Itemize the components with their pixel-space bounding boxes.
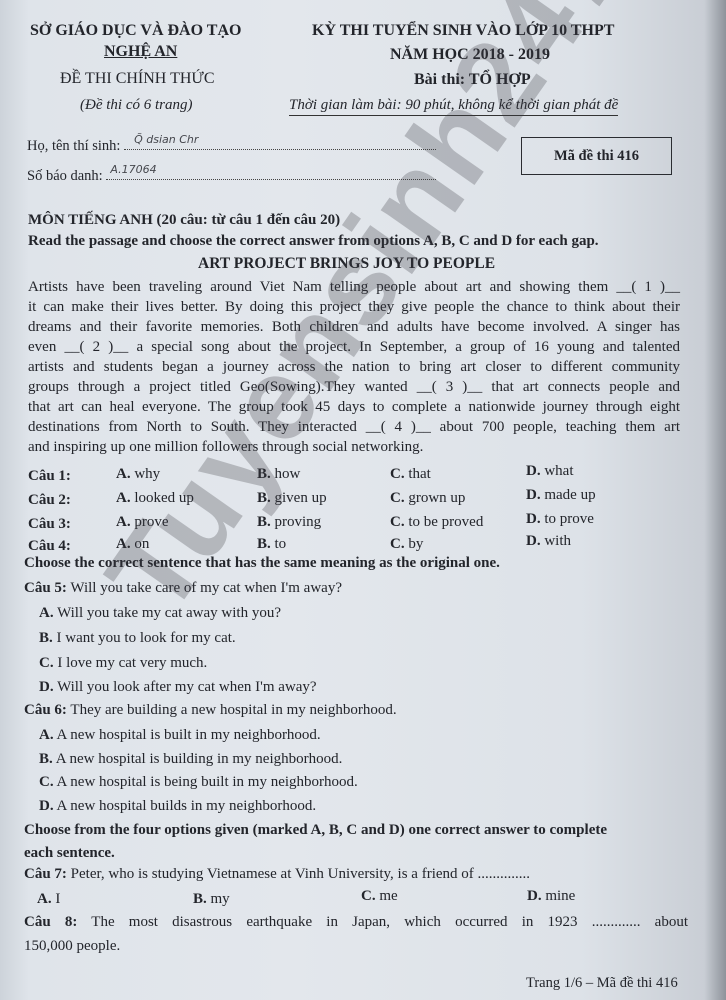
complete-instruction-line1: Choose from the four options given (mark… xyxy=(24,822,607,839)
question-7-option-b[interactable]: B. my xyxy=(193,891,230,908)
gap-question-4: Câu 4:A. onB. toC. byD. with xyxy=(0,536,726,556)
question-label: Câu 1: xyxy=(28,468,71,485)
question-label: Câu 3: xyxy=(28,516,71,533)
candidate-name-value: Q̃ dsian Chr xyxy=(134,133,198,146)
passage-line: it can make their lives better. By doing… xyxy=(28,297,680,317)
question-5-option-b[interactable]: B. I want you to look for my cat. xyxy=(39,630,236,647)
question-6-option-b[interactable]: B. A new hospital is building in my neig… xyxy=(39,751,342,768)
option-a[interactable]: A. on xyxy=(116,536,149,553)
gap-question-2: Câu 2:A. looked upB. given upC. grown up… xyxy=(0,490,726,510)
gap-question-1: Câu 1:A. whyB. howC. thatD. what xyxy=(0,466,726,486)
candidate-name-field[interactable]: Q̃ dsian Chr xyxy=(124,137,436,150)
option-b[interactable]: B. given up xyxy=(257,490,327,507)
question-7-option-d[interactable]: D. mine xyxy=(527,888,575,905)
option-c[interactable]: C. that xyxy=(390,466,431,483)
meaning-instruction: Choose the correct sentence that has the… xyxy=(24,555,500,572)
candidate-name-label: Họ, tên thí sinh: xyxy=(27,138,120,154)
official-exam-label: ĐỀ THI CHÍNH THỨC xyxy=(60,70,214,88)
passage-line: dreams and their favorite memories. Both… xyxy=(28,317,680,337)
page-count-note: (Đề thi có 6 trang) xyxy=(80,97,192,114)
question-7-options: A. I B. my C. me D. mine xyxy=(0,891,726,911)
question-6-stem: Câu 6: They are building a new hospital … xyxy=(24,702,397,719)
exam-page: SỞ GIÁO DỤC VÀ ĐÀO TẠO NGHỆ AN ĐỀ THI CH… xyxy=(0,0,726,1000)
gap-question-3: Câu 3:A. proveB. provingC. to be provedD… xyxy=(0,514,726,534)
question-7-option-c[interactable]: C. me xyxy=(361,888,398,905)
option-d[interactable]: D. what xyxy=(526,463,574,480)
question-7-stem: Câu 7: Peter, who is studying Vietnamese… xyxy=(24,866,530,883)
question-8-stem: Câu 8: The most disastrous earthquake in… xyxy=(24,914,688,931)
school-year: NĂM HỌC 2018 - 2019 xyxy=(390,46,550,64)
question-5-option-d[interactable]: D. Will you look after my cat when I'm a… xyxy=(39,679,317,696)
option-d[interactable]: D. to prove xyxy=(526,511,594,528)
question-6-option-c[interactable]: C. A new hospital is being built in my n… xyxy=(39,774,358,791)
option-b[interactable]: B. how xyxy=(257,466,300,483)
option-d[interactable]: D. made up xyxy=(526,487,596,504)
option-a[interactable]: A. prove xyxy=(116,514,169,531)
question-5-stem: Câu 5: Will you take care of my cat when… xyxy=(24,580,342,597)
passage-line: groups through a project titled Geo(Sowi… xyxy=(28,377,680,397)
exam-code-box: Mã đề thi 416 xyxy=(521,137,672,175)
option-c[interactable]: C. to be proved xyxy=(390,514,483,531)
exam-subject: Bài thi: TỔ HỢP xyxy=(414,71,531,89)
question-8-stem-line2: 150,000 people. xyxy=(24,938,120,955)
exam-code: Mã đề thi 416 xyxy=(554,148,639,165)
candidate-name-row: Họ, tên thí sinh: Q̃ dsian Chr xyxy=(27,137,436,155)
option-d[interactable]: D. with xyxy=(526,533,571,550)
option-b[interactable]: B. to xyxy=(257,536,286,553)
question-5-option-c[interactable]: C. I love my cat very much. xyxy=(39,655,207,672)
question-6-option-a[interactable]: A. A new hospital is built in my neighbo… xyxy=(39,727,321,744)
department-name: SỞ GIÁO DỤC VÀ ĐÀO TẠO xyxy=(30,22,241,40)
option-a[interactable]: A. why xyxy=(116,466,160,483)
candidate-id-value: A.17064 xyxy=(110,163,156,176)
option-c[interactable]: C. by xyxy=(390,536,423,553)
passage-title: ART PROJECT BRINGS JOY TO PEOPLE xyxy=(198,255,495,273)
section-title: MÔN TIẾNG ANH (20 câu: từ câu 1 đến câu … xyxy=(28,212,340,229)
reading-instruction: Read the passage and choose the correct … xyxy=(28,233,599,250)
province-name: NGHỆ AN xyxy=(104,43,177,61)
option-b[interactable]: B. proving xyxy=(257,514,321,531)
passage-line: that art can heal everyone. The group to… xyxy=(28,397,680,417)
question-7-option-a[interactable]: A. I xyxy=(37,891,60,908)
passage-line: and inspiring up one million followers t… xyxy=(28,437,680,457)
question-5-option-a[interactable]: A. Will you take my cat away with you? xyxy=(39,605,281,622)
time-limit: Thời gian làm bài: 90 phút, không kể thờ… xyxy=(289,97,618,116)
question-label: Câu 4: xyxy=(28,538,71,555)
question-label: Câu 2: xyxy=(28,492,71,509)
candidate-id-field[interactable]: A.17064 xyxy=(106,167,436,180)
candidate-id-label: Số báo danh: xyxy=(27,168,103,184)
reading-passage: Artists have been traveling around Viet … xyxy=(28,277,680,457)
candidate-id-row: Số báo danh: A.17064 xyxy=(27,167,436,185)
complete-instruction-line2: each sentence. xyxy=(24,845,115,862)
question-6-option-d[interactable]: D. A new hospital builds in my neighborh… xyxy=(39,798,316,815)
passage-line: even __( 2 )__ a special song about the … xyxy=(28,337,680,357)
page-footer: Trang 1/6 – Mã đề thi 416 xyxy=(526,975,678,992)
option-c[interactable]: C. grown up xyxy=(390,490,465,507)
exam-title: KỲ THI TUYỂN SINH VÀO LỚP 10 THPT xyxy=(312,22,614,40)
option-a[interactable]: A. looked up xyxy=(116,490,194,507)
passage-line: artists and students began a journey acr… xyxy=(28,357,680,377)
passage-line: Artists have been traveling around Viet … xyxy=(28,277,680,297)
passage-line: destinations from North to South. They i… xyxy=(28,417,680,437)
